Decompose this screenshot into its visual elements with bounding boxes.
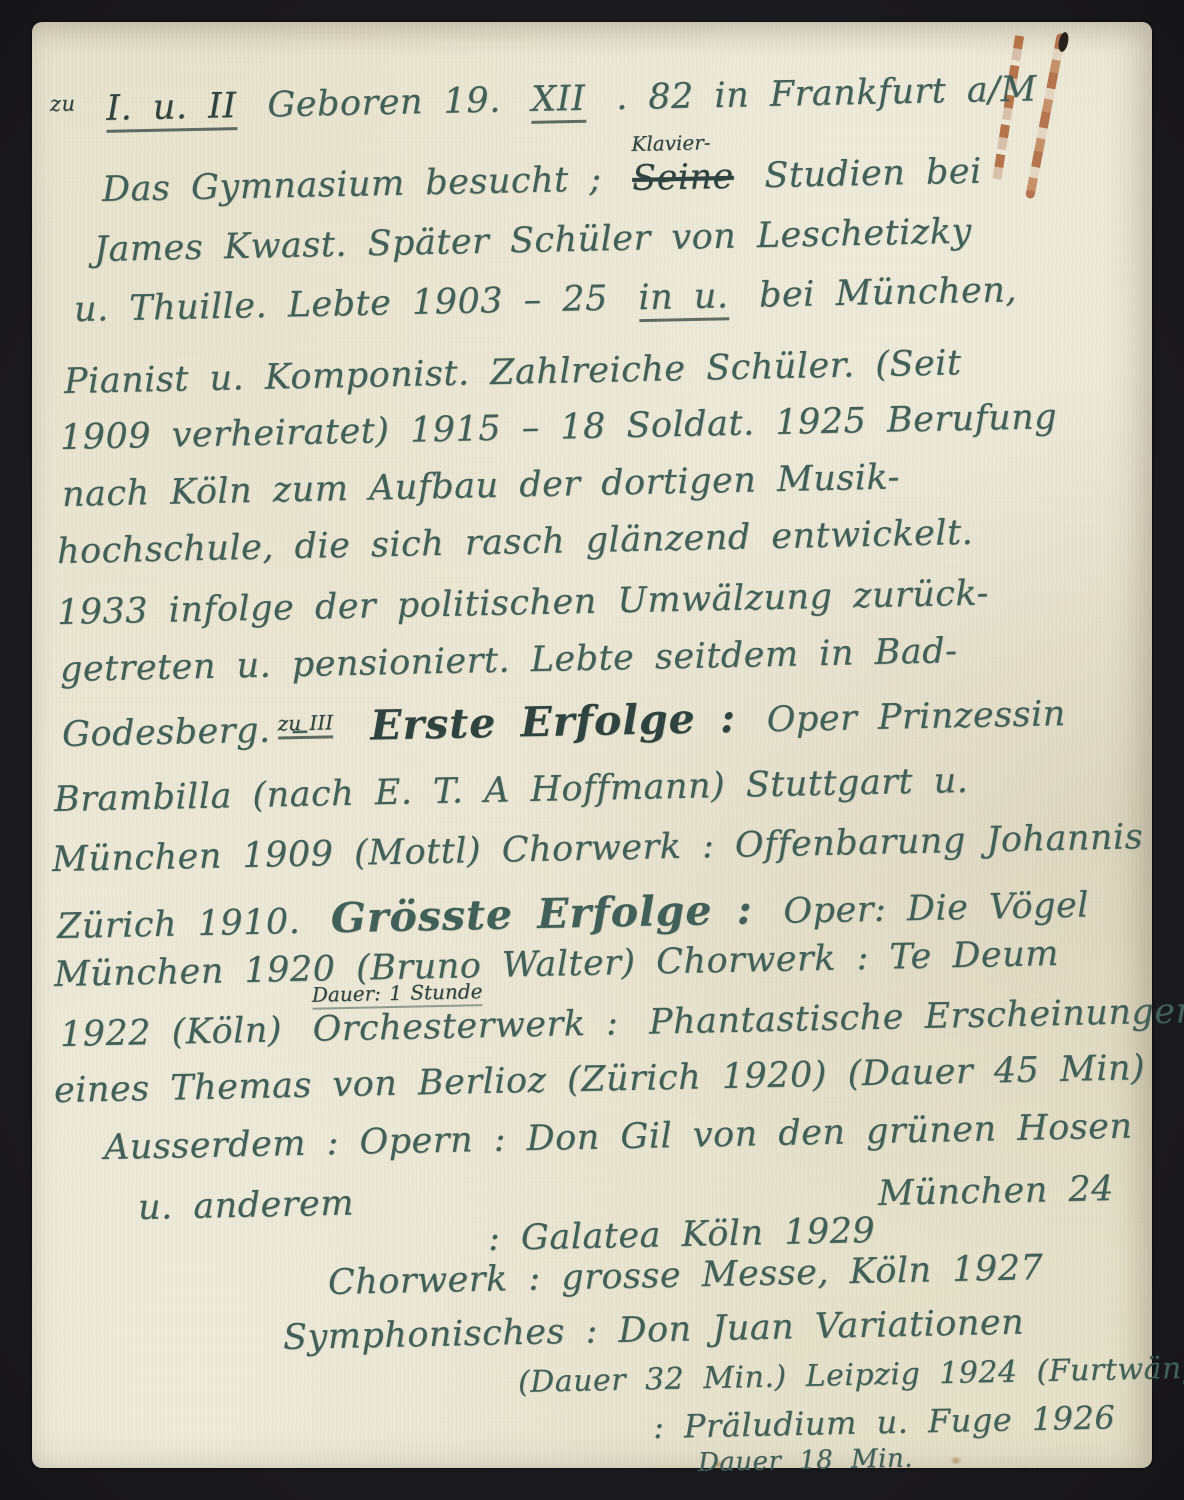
text-segment: 1922 (Köln) xyxy=(60,1010,283,1055)
interlinear-insertion: Dauer: 1 Stunde xyxy=(312,979,483,1010)
manuscript-line: 1922 (Köln) Dauer: 1 Stunde Orchesterwer… xyxy=(60,991,1184,1055)
photo-background: zu I. u. II Geboren 19. XII . 82 in Fran… xyxy=(0,0,1184,1500)
manuscript-line: James Kwast. Später Schüler von Lescheti… xyxy=(94,212,973,270)
manuscript-line: u. anderem xyxy=(138,1183,355,1228)
manuscript-line: München 1909 (Mottl) Chorwerk : Offenbar… xyxy=(52,817,1144,880)
text-segment: Godesberg. – xyxy=(62,710,310,755)
text-segment: Oper: Die Vögel xyxy=(783,885,1089,931)
text-segment: Studien bei xyxy=(764,152,982,197)
manuscript-line: Das Gymnasium besucht ; Klavier- Seine S… xyxy=(102,151,993,210)
correction-group: Dauer: 1 Stunde Orchesterwerk : xyxy=(312,1003,619,1049)
manuscript-line: Dauer 18 Min. xyxy=(698,1444,914,1478)
manuscript-line: u. Thuille. Lebte 1903 – 25 in u. bei Mü… xyxy=(74,270,1028,330)
interlinear-insertion: zu III xyxy=(277,710,333,739)
heading-segment: Erste Erfolge : xyxy=(370,694,737,750)
manuscript-line: 1909 verheiratet) 1915 – 18 Soldat. 1925… xyxy=(60,397,1058,458)
interlinear-insertion: Klavier- xyxy=(631,130,711,156)
text-segment: Oper Prinzessin xyxy=(766,694,1066,740)
manuscript-line: (Dauer 32 Min.) Leipzig 1924 (Furtwängle… xyxy=(518,1350,1184,1400)
red-crayon-mark xyxy=(1025,33,1066,200)
text-segment: bei München, xyxy=(759,270,1018,315)
paper-stain xyxy=(950,1456,962,1465)
text-segment: Zürich 1910. xyxy=(57,902,301,947)
manuscript-line: Pianist u. Komponist. Zahlreiche Schüler… xyxy=(64,343,962,402)
manuscript-line: getreten u. pensioniert. Lebte seitdem i… xyxy=(60,631,958,690)
manuscript-line: Chorwerk : grosse Messe, Köln 1927 xyxy=(328,1248,1044,1303)
manuscript-line: nach Köln zum Aufbau der dortigen Musik- xyxy=(62,457,901,515)
manuscript-page: zu I. u. II Geboren 19. XII . 82 in Fran… xyxy=(32,22,1152,1468)
manuscript-line: : Präludium u. Fuge 1926 xyxy=(653,1398,1116,1446)
underlined-words: in u. xyxy=(638,276,729,322)
text-segment: Das Gymnasium besucht ; xyxy=(102,160,602,210)
manuscript-line: 1933 infolge der politischen Umwälzung z… xyxy=(57,573,990,633)
manuscript-line: Godesberg. – zu III Erste Erfolge : Oper… xyxy=(61,687,1076,756)
text-segment: Phantastische Erscheinungen xyxy=(649,991,1184,1043)
text-segment: Geboren 19. xyxy=(267,81,501,126)
reference-numerals: I. u. II xyxy=(106,86,237,133)
manuscript-line: Brambilla (nach E. T. A Hoffmann) Stuttg… xyxy=(54,761,969,820)
text-segment: u. Thuille. Lebte 1903 – 25 xyxy=(74,279,609,330)
manuscript-line: Ausserdem : Opern : Don Gil von den grün… xyxy=(104,1106,1133,1168)
heading-segment: Grösste Erfolge : xyxy=(330,885,753,942)
roman-numeral-month: XII xyxy=(531,79,586,124)
correction-group: Klavier- Seine xyxy=(632,157,734,199)
text-segment: Orchesterwerk : xyxy=(312,1003,619,1049)
manuscript-line: hochschule, die sich rasch glänzend entw… xyxy=(57,513,974,572)
manuscript-line: eines Themas von Berlioz (Zürich 1920) (… xyxy=(54,1048,1146,1111)
manuscript-line: zu I. u. II Geboren 19. XII . 82 in Fran… xyxy=(50,69,1048,130)
margin-note: zu xyxy=(50,91,76,116)
struck-word: Seine xyxy=(632,157,734,199)
manuscript-line: München 24 xyxy=(878,1169,1115,1214)
text-segment: . 82 in Frankfurt a/M xyxy=(616,69,1038,118)
manuscript-line: Symphonisches : Don Juan Variationen xyxy=(283,1302,1025,1358)
